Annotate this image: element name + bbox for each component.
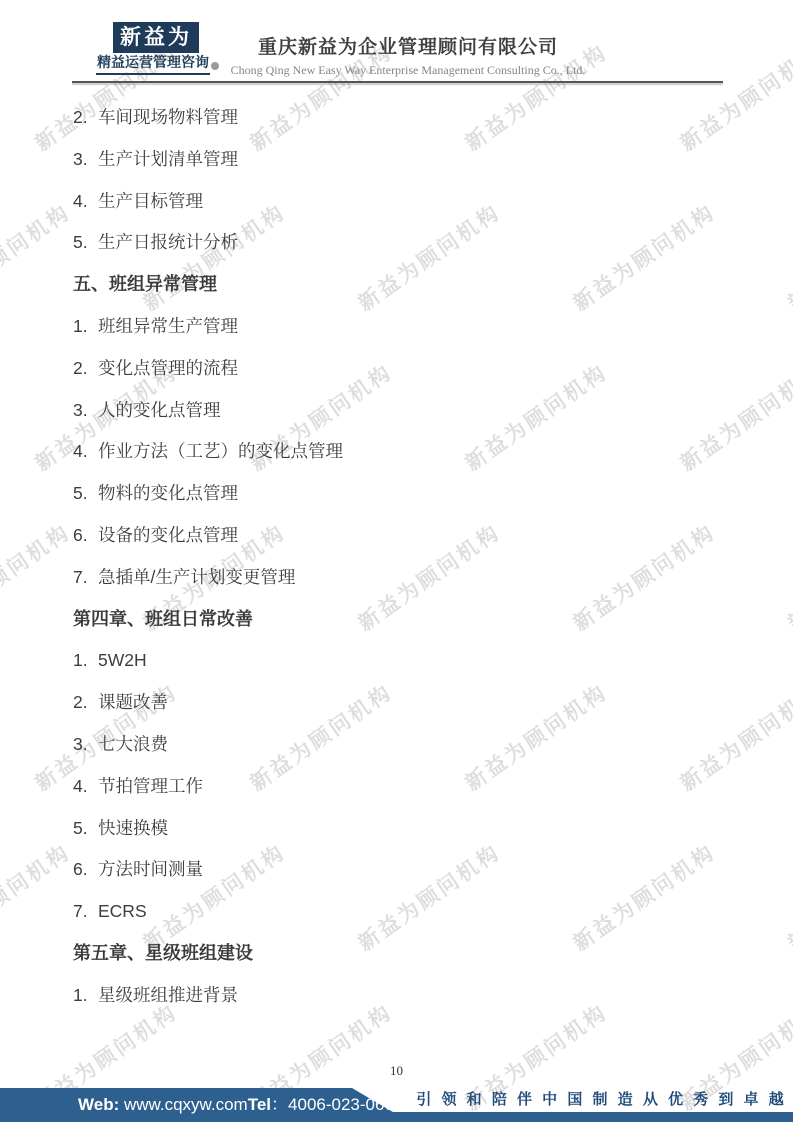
list-item: 1.班组异常生产管理: [73, 315, 723, 357]
tel-label: Tel: [248, 1095, 271, 1114]
web-url: www.cqxyw.com: [119, 1095, 247, 1114]
company-logo: 新益为: [113, 22, 199, 53]
list-item: 5.快速换模: [73, 817, 723, 859]
list-item: 6.方法时间测量: [73, 858, 723, 900]
watermark-text: 新益为顾问机构: [781, 836, 793, 957]
list-item-number: 4.: [73, 440, 98, 462]
page-header: 新益为 精益运营管理咨询 重庆新益为企业管理顾问有限公司 Chong Qing …: [0, 0, 793, 96]
logo-text: 新益为: [120, 26, 192, 49]
list-item: 4.生产目标管理: [73, 190, 723, 232]
list-item: 7.急插单/生产计划变更管理: [73, 566, 723, 608]
page-number: 10: [0, 1063, 793, 1079]
list-item-number: 3.: [73, 733, 98, 755]
list-item-number: 3.: [73, 399, 98, 421]
company-name-block: 重庆新益为企业管理顾问有限公司 Chong Qing New Easy Way …: [218, 32, 598, 78]
section-heading: 第四章、班组日常改善: [73, 608, 723, 650]
list-item-number: 2.: [73, 691, 98, 713]
list-item: 2.课题改善: [73, 691, 723, 733]
list-item-number: 7.: [73, 566, 98, 588]
list-item: 1.5W2H: [73, 649, 723, 691]
footer-contact-bar: Web: www.cqxyw.comTel：4006-023-060: [0, 1088, 410, 1122]
list-item-text: 节拍管理工作: [98, 775, 203, 797]
list-item: 1.星级班组推进背景: [73, 984, 723, 1026]
list-item-text: 班组异常生产管理: [98, 315, 238, 337]
list-item-text: 生产日报统计分析: [98, 231, 238, 253]
list-item: 4.节拍管理工作: [73, 775, 723, 817]
list-item: 2.变化点管理的流程: [73, 357, 723, 399]
watermark-text: 新益为顾问机构: [0, 196, 76, 317]
list-item-text: ECRS: [98, 900, 147, 922]
list-item-text: 快速换模: [98, 817, 168, 839]
list-item-number: 7.: [73, 900, 98, 922]
section-heading: 五、班组异常管理: [73, 273, 723, 315]
list-item-number: 1.: [73, 984, 98, 1006]
list-item-number: 1.: [73, 315, 98, 337]
list-item-number: 3.: [73, 148, 98, 170]
list-item: 4.作业方法（工艺）的变化点管理: [73, 440, 723, 482]
web-label: Web:: [78, 1095, 119, 1114]
list-item-number: 5.: [73, 817, 98, 839]
list-item: 6.设备的变化点管理: [73, 524, 723, 566]
header-divider: [72, 81, 723, 83]
list-item: 5.物料的变化点管理: [73, 482, 723, 524]
list-item: 3.人的变化点管理: [73, 399, 723, 441]
list-item: 7.ECRS: [73, 900, 723, 942]
company-name-en: Chong Qing New Easy Way Enterprise Manag…: [218, 63, 598, 78]
list-item-text: 课题改善: [98, 691, 168, 713]
list-item-text: 星级班组推进背景: [98, 984, 238, 1006]
section-heading: 第五章、星级班组建设: [73, 942, 723, 984]
list-item-number: 6.: [73, 858, 98, 880]
logo-subtitle: 精益运营管理咨询: [96, 52, 210, 75]
list-item-text: 5W2H: [98, 649, 147, 671]
list-item: 3.生产计划清单管理: [73, 148, 723, 190]
list-item: 3.七大浪费: [73, 733, 723, 775]
list-item-text: 变化点管理的流程: [98, 357, 238, 379]
list-item-number: 2.: [73, 106, 98, 128]
list-item-text: 物料的变化点管理: [98, 482, 238, 504]
list-item-number: 6.: [73, 524, 98, 546]
list-item-number: 2.: [73, 357, 98, 379]
watermark-text: 新益为顾问机构: [781, 516, 793, 637]
footer-slogan: 引 领 和 陪 伴 中 国 制 造 从 优 秀 到 卓 越: [410, 1088, 793, 1112]
list-item-text: 车间现场物料管理: [98, 106, 238, 128]
list-item-text: 设备的变化点管理: [98, 524, 238, 546]
list-item-text: 人的变化点管理: [98, 399, 221, 421]
company-name-cn: 重庆新益为企业管理顾问有限公司: [218, 32, 598, 59]
list-item-text: 生产目标管理: [98, 190, 203, 212]
watermark-text: 新益为顾问机构: [0, 836, 76, 957]
list-item-text: 生产计划清单管理: [98, 148, 238, 170]
watermark-text: 新益为顾问机构: [0, 516, 76, 637]
watermark-text: 新益为顾问机构: [781, 196, 793, 317]
list-item-text: 方法时间测量: [98, 858, 203, 880]
list-item-number: 4.: [73, 775, 98, 797]
list-item-text: 急插单/生产计划变更管理: [98, 566, 295, 588]
list-item: 5.生产日报统计分析: [73, 231, 723, 273]
page-footer: Web: www.cqxyw.comTel：4006-023-060 引 领 和…: [0, 1088, 793, 1122]
list-item-text: 作业方法（工艺）的变化点管理: [98, 440, 343, 462]
list-item-text: 七大浪费: [98, 733, 168, 755]
tel-number: ：4006-023-060: [271, 1095, 394, 1114]
content-list: 2.车间现场物料管理3.生产计划清单管理4.生产目标管理5.生产日报统计分析五、…: [73, 106, 723, 1026]
list-item-number: 5.: [73, 231, 98, 253]
list-item-number: 5.: [73, 482, 98, 504]
list-item-number: 1.: [73, 649, 98, 671]
list-item: 2.车间现场物料管理: [73, 106, 723, 148]
list-item-number: 4.: [73, 190, 98, 212]
